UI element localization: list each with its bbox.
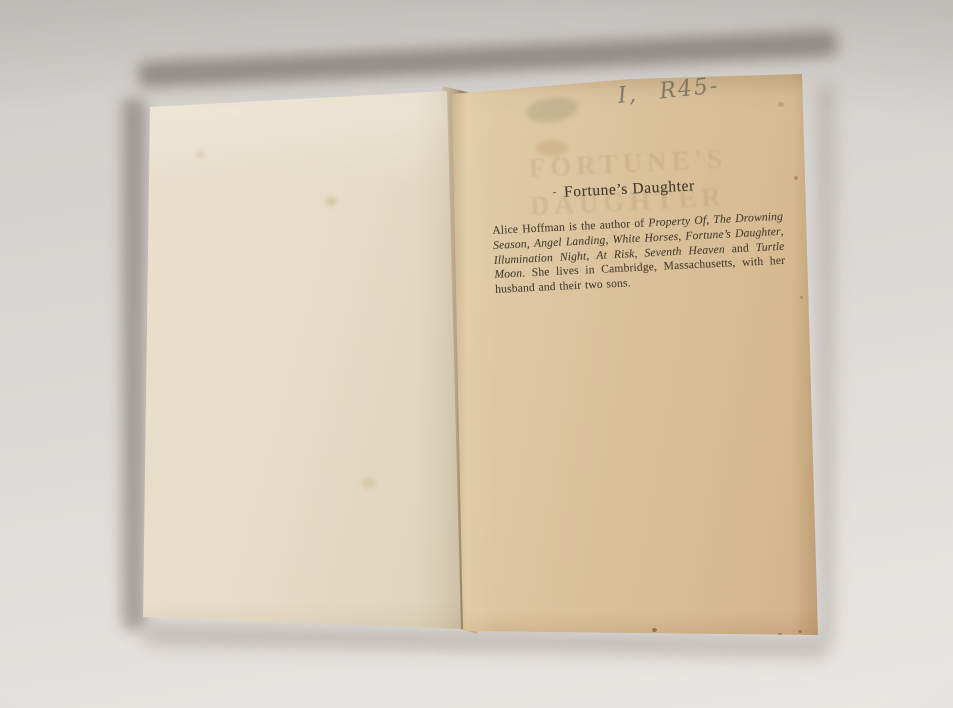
foxing-speck [794,176,798,180]
cast-shadow-right [818,84,834,640]
stain [196,151,205,159]
pencil-note-price: R45- [658,73,720,104]
author-bio: Alice Hoffman is the author of Property … [492,210,786,298]
foxing-speck [800,296,803,299]
pencil-note-code: I, [617,82,639,109]
foxing-speck [652,628,657,632]
right-page: I,R45- FORTUNE'S DAUGHTER -Fortune’s Dau… [448,68,822,640]
title-dash: - [552,186,564,199]
stain [536,140,568,156]
cast-shadow-left [122,98,146,630]
book-photo: I,R45- FORTUNE'S DAUGHTER -Fortune’s Dau… [0,0,953,708]
pencil-smudge [525,94,580,125]
left-page [138,85,468,635]
stain [362,477,375,488]
stain [326,197,337,206]
pencil-note-gap [638,99,660,101]
foxing-speck [798,630,802,633]
foxing-speck [778,102,784,107]
